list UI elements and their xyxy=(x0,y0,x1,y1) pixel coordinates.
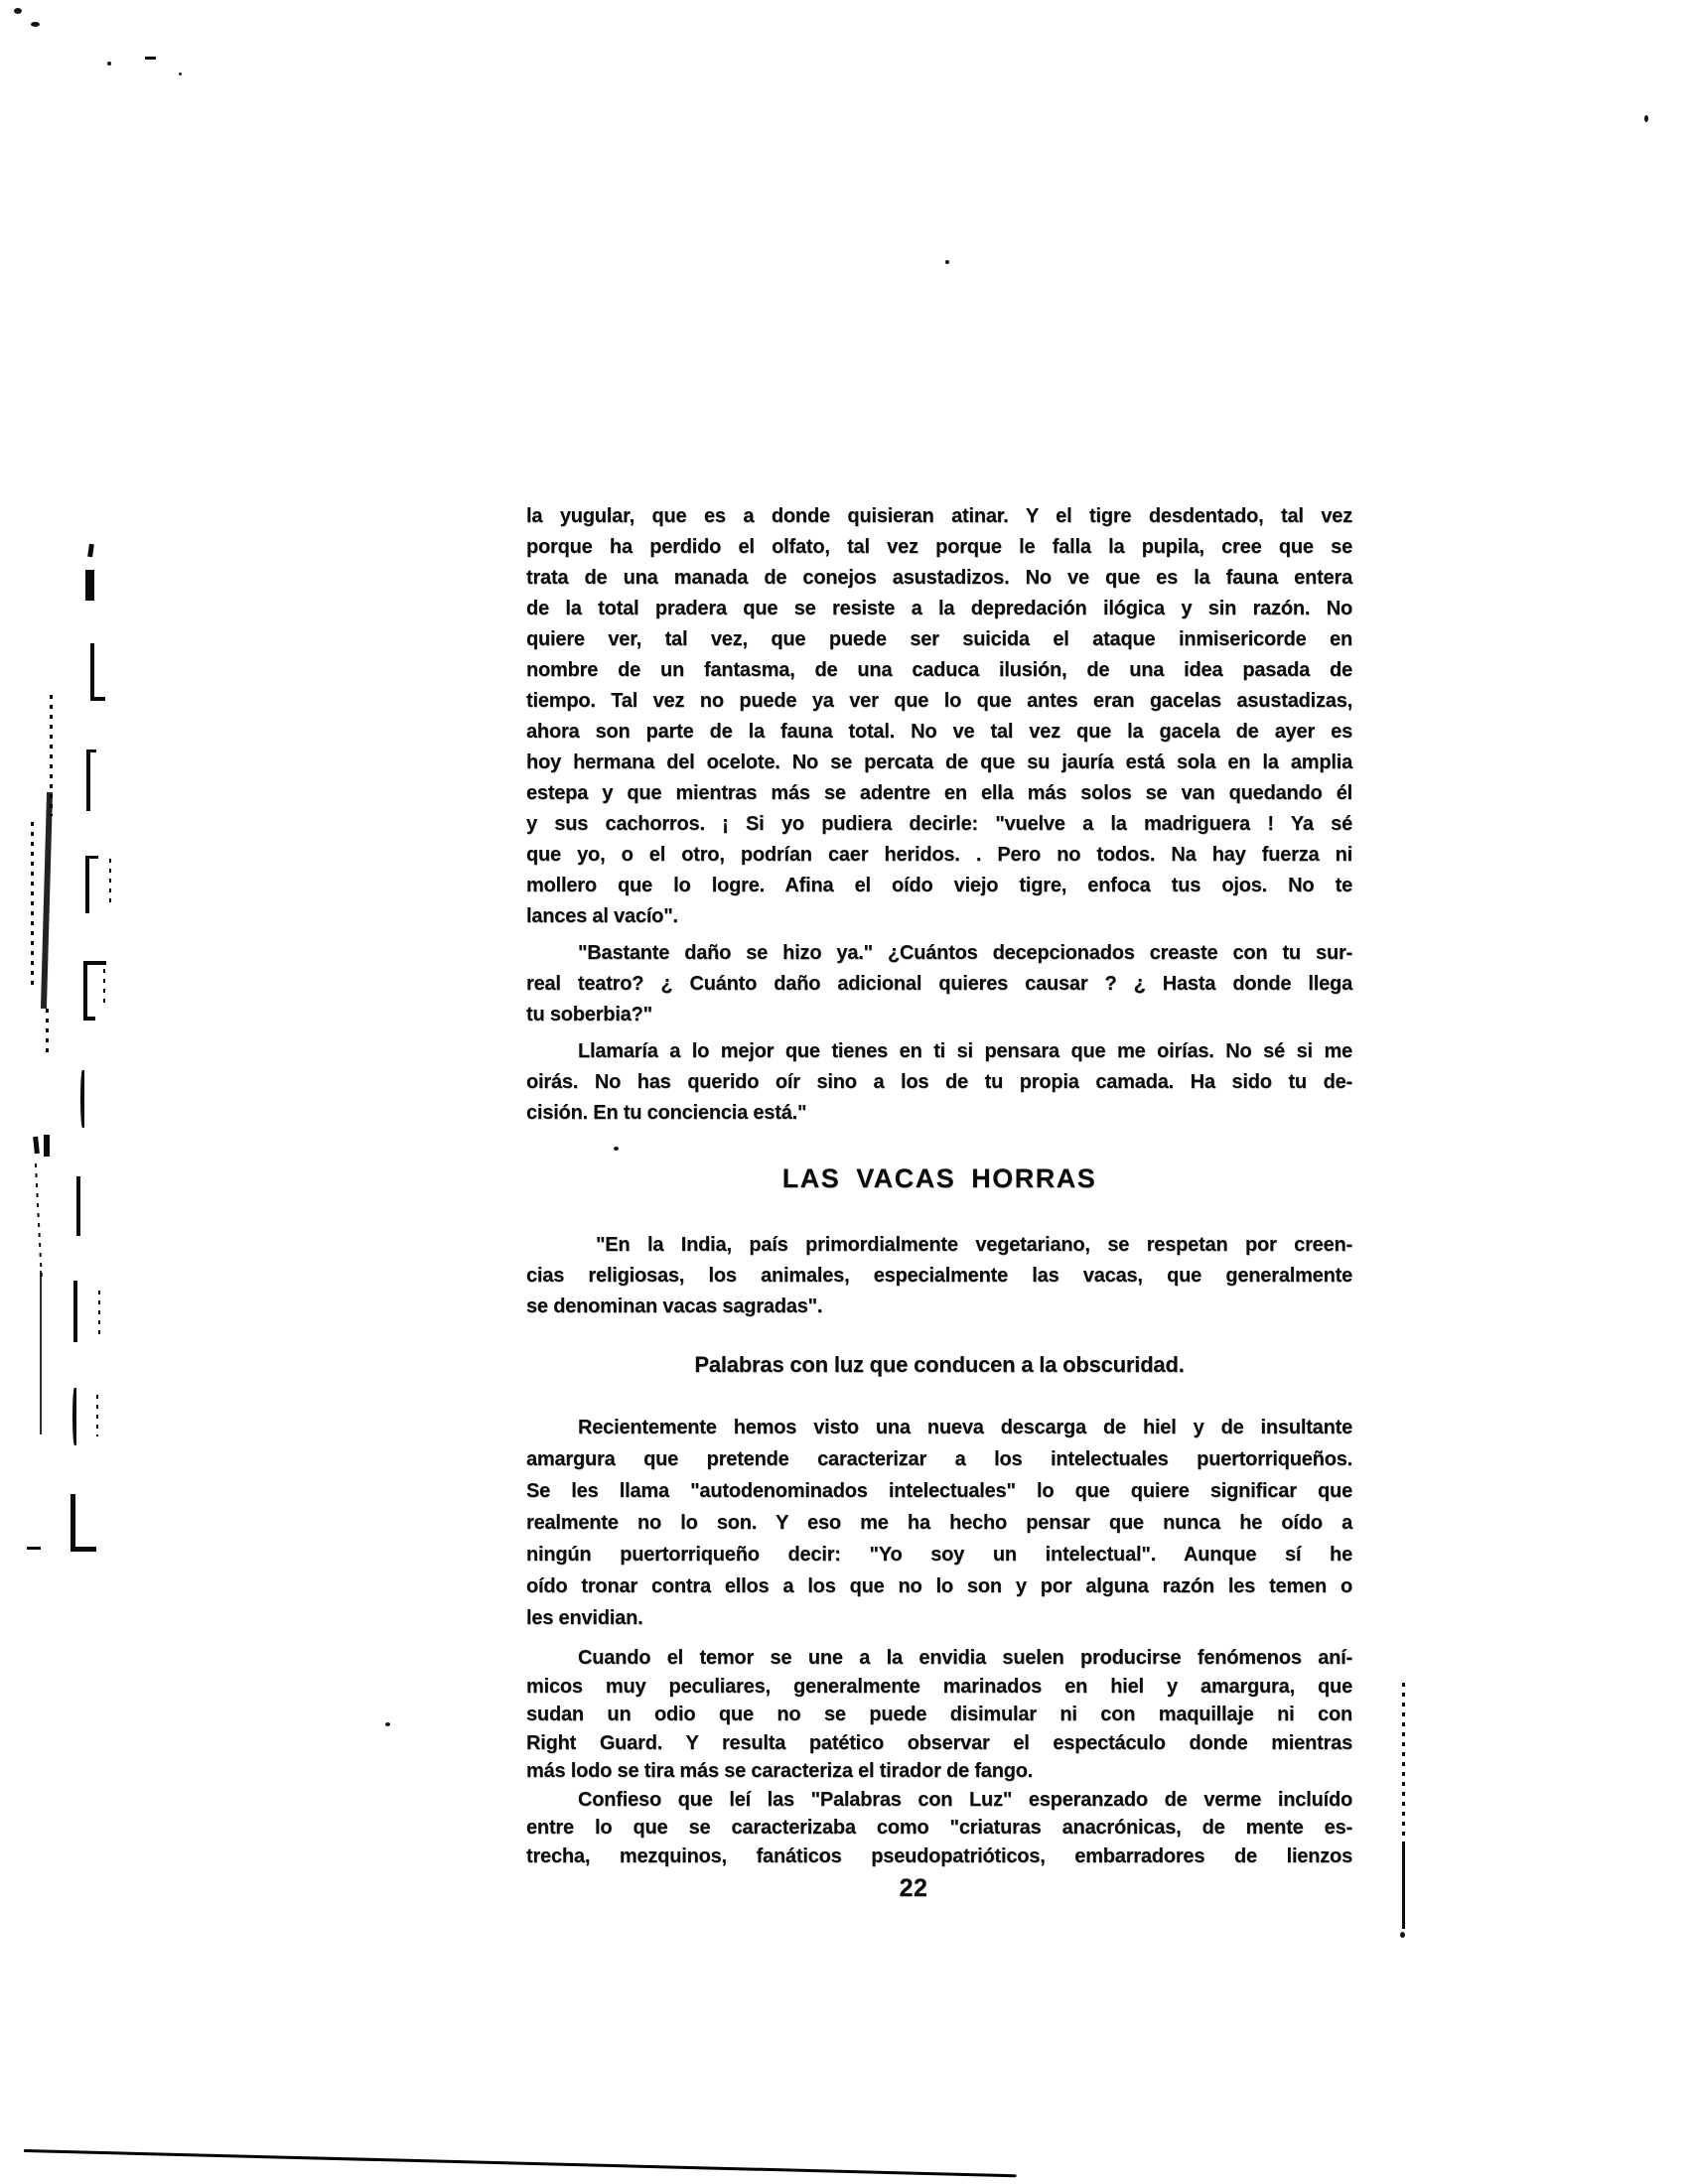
scan-artifact xyxy=(83,1017,95,1021)
scan-artifact xyxy=(14,8,22,14)
paragraph: Llamaría a lo mejor que tienes en ti si … xyxy=(526,1036,1352,1129)
scan-artifact xyxy=(72,1388,76,1445)
text-line: hoy hermana del ocelote. No se percata d… xyxy=(526,748,1352,778)
scan-artifact xyxy=(145,57,156,60)
scan-artifact xyxy=(76,1176,80,1236)
text-line: quiere ver, tal vez, que puede ser suici… xyxy=(526,624,1352,655)
scan-artifact xyxy=(98,1291,100,1336)
scan-artifact xyxy=(73,1281,77,1342)
scan-artifact xyxy=(1644,115,1648,122)
quote-paragraph: "En la India, país primordialmente veget… xyxy=(526,1230,1352,1322)
text-line: "En la India, país primordialmente veget… xyxy=(526,1230,1352,1261)
scan-artifact xyxy=(27,1547,41,1550)
text-line: sudan un odio que no se puede disimular … xyxy=(526,1701,1352,1729)
scan-artifact xyxy=(179,72,182,75)
paragraph: Cuando el temor se une a la envidia suel… xyxy=(526,1644,1352,1786)
text-line: real teatro? ¿ Cuánto daño adicional qui… xyxy=(526,969,1352,1000)
scan-artifact xyxy=(90,697,105,701)
sub-heading: Palabras con luz que conducen a la obscu… xyxy=(526,1350,1352,1380)
text-line: de la total pradera que se resiste a la … xyxy=(526,594,1352,624)
scan-artifact xyxy=(85,570,94,601)
scan-artifact xyxy=(46,1009,49,1056)
text-line: micos muy peculiares, generalmente marin… xyxy=(526,1673,1352,1702)
scan-artifact xyxy=(107,62,111,66)
paragraph: Recientemente hemos visto una nueva desc… xyxy=(526,1412,1352,1634)
text-line: tu soberbia?" xyxy=(526,1000,1352,1030)
text-line: trata de una manada de conejos asustadiz… xyxy=(526,563,1352,594)
text-line: Cuando el temor se une a la envidia suel… xyxy=(526,1644,1352,1673)
scan-artifact xyxy=(41,792,53,1009)
text-line: trecha, mezquinos, fanáticos pseudopatri… xyxy=(526,1843,1352,1871)
text-line: Confieso que leí las "Palabras con Luz" … xyxy=(526,1786,1352,1815)
text-line: estepa y que mientras más se adentre en … xyxy=(526,778,1352,809)
text-line: entre lo que se caracterizaba como "cria… xyxy=(526,1814,1352,1843)
scan-artifact xyxy=(83,961,106,965)
scan-artifact xyxy=(44,1135,50,1157)
text-line: Recientemente hemos visto una nueva desc… xyxy=(526,1412,1352,1443)
text-line: Right Guard. Y resulta patético observar… xyxy=(526,1729,1352,1758)
scan-artifact xyxy=(90,643,94,701)
text-line: mollero que lo logre. Afina el oído viej… xyxy=(526,871,1352,901)
scanned-page: la yugular, que es a donde quisieran ati… xyxy=(0,0,1692,2184)
scan-artifact xyxy=(1402,1842,1405,1929)
text-line: realmente no lo son. Y eso me ha hecho p… xyxy=(526,1507,1352,1539)
scan-artifact xyxy=(1400,1932,1405,1938)
text-line: ningún puertorriqueño decir: "Yo soy un … xyxy=(526,1539,1352,1570)
text-line: ahora son parte de la fauna total. No ve… xyxy=(526,717,1352,748)
text-line: se denominan vacas sagradas". xyxy=(526,1292,1352,1322)
paragraph: la yugular, que es a donde quisieran ati… xyxy=(526,501,1352,932)
scan-artifact xyxy=(80,1070,84,1128)
scan-artifact xyxy=(24,2149,1017,2177)
scan-artifact xyxy=(103,969,105,1005)
text-line: oído tronar contra ellos a los que no lo… xyxy=(526,1570,1352,1602)
text-line: y sus cachorros. ¡ Si yo pudiera decirle… xyxy=(526,809,1352,840)
text-line: Llamaría a lo mejor que tienes en ti si … xyxy=(526,1036,1352,1067)
text-line: amargura que pretende caracterizar a los… xyxy=(526,1443,1352,1475)
text-line: que yo, o el otro, podrían caer heridos.… xyxy=(526,840,1352,871)
scan-artifact xyxy=(70,1547,96,1552)
paragraph: Confieso que leí las "Palabras con Luz" … xyxy=(526,1786,1352,1871)
scan-artifact xyxy=(945,260,949,264)
text-line: la yugular, que es a donde quisieran ati… xyxy=(526,501,1352,532)
text-line: tiempo. Tal vez no puede ya ver que lo q… xyxy=(526,686,1352,717)
scan-artifact xyxy=(40,1271,42,1434)
scan-artifact xyxy=(31,822,34,986)
text-line: cisión. En tu conciencia está." xyxy=(526,1098,1352,1129)
scan-artifact xyxy=(86,794,90,811)
scan-artifact xyxy=(35,1163,43,1283)
text-line: lances al vacío". xyxy=(526,901,1352,932)
scan-artifact xyxy=(85,856,98,859)
section-heading: LAS VACAS HORRAS xyxy=(526,1160,1352,1196)
text-line: les envidian. xyxy=(526,1602,1352,1634)
text-column: la yugular, que es a donde quisieran ati… xyxy=(526,501,1352,1903)
scan-artifact xyxy=(385,1722,390,1726)
scan-artifact xyxy=(31,22,40,27)
text-line: cias religiosas, los animales, especialm… xyxy=(526,1261,1352,1292)
scan-artifact xyxy=(83,961,87,1021)
scan-artifact xyxy=(1402,1683,1405,1842)
scan-artifact xyxy=(87,544,94,558)
text-line: nombre de un fantasma, de una caduca ilu… xyxy=(526,655,1352,686)
scan-artifact xyxy=(70,1494,75,1552)
text-line: oirás. No has querido oír sino a los de … xyxy=(526,1067,1352,1098)
text-line: "Bastante daño se hizo ya." ¿Cuántos dec… xyxy=(526,938,1352,969)
page-number: 22 xyxy=(500,1874,1327,1903)
text-line: porque ha perdido el olfato, tal vez por… xyxy=(526,532,1352,563)
paragraph: "Bastante daño se hizo ya." ¿Cuántos dec… xyxy=(526,938,1352,1030)
text-line: más lodo se tira más se caracteriza el t… xyxy=(526,1757,1352,1786)
scan-artifact xyxy=(109,859,111,902)
scan-artifact xyxy=(86,750,96,752)
scan-artifact xyxy=(96,1395,98,1436)
scan-artifact xyxy=(85,856,89,913)
text-line: Se les llama "autodenominados intelectua… xyxy=(526,1475,1352,1507)
scan-artifact xyxy=(33,1137,40,1154)
